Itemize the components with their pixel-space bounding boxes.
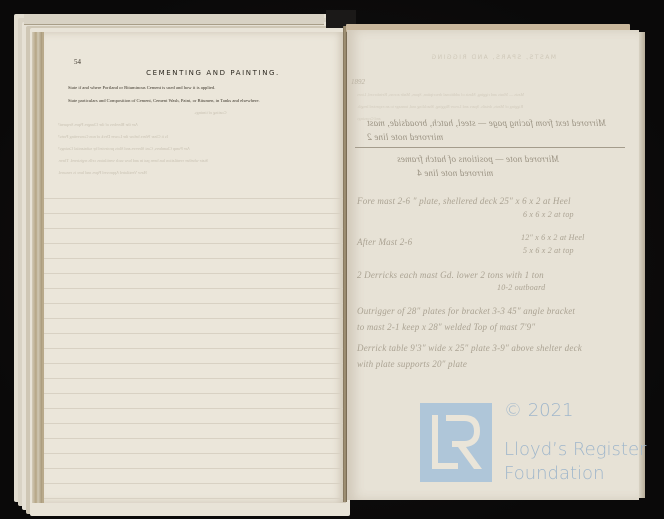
handwriting-bleed: Mirrored text from facing page — steel, … [367, 118, 606, 128]
handwriting-bleed: mirrored note line 4 [417, 168, 493, 178]
year-mark: 1892 [351, 78, 365, 86]
handwritten-entry: with plate supports 20″ plate [357, 359, 467, 369]
handwritten-entry: Outrigger of 28″ plates for bracket 3-3 … [357, 306, 575, 316]
page-title: CEMENTING AND PAINTING. [44, 69, 346, 77]
handwritten-entry: 2 Derricks each mast Gd. lower 2 tons wi… [357, 270, 544, 280]
page-header: MASTS, SPARS, AND RIGGING [347, 54, 639, 61]
bleed-through-text: Is it Clear Wiers below the Lower Deck o… [58, 134, 168, 139]
handwritten-entry: Fore mast 2-6 ″ plate, shellered deck 25… [357, 196, 571, 206]
bleed-through-text: State whether ventilation has been put i… [58, 158, 208, 163]
bleed-through-text: Rigging of Masts, details. Spars and Low… [357, 104, 523, 109]
handwriting-bleed: mirrored note line 2 [367, 132, 443, 142]
right-page: MASTS, SPARS, AND RIGGING 1892 Masts — M… [347, 30, 639, 500]
handwritten-entry: 5 x 6 x 2 at top [523, 246, 574, 255]
instruction-text: State if and where Portland or Bituminou… [68, 85, 215, 90]
left-page: 54 CEMENTING AND PAINTING. State if and … [42, 32, 346, 503]
handwritten-entry: Derrick table 9′3″ wide x 25″ plate 3-9″… [357, 343, 582, 353]
watermark-org-name: Lloyd’s Register [504, 439, 646, 460]
bleed-through-text: Masts — Masts and rigging, Masts of addi… [357, 92, 524, 97]
handwriting-bleed: Mirrored note — positions of hatch frame… [397, 154, 559, 164]
bleed-through-text: Are the Bleeders of the Charges Pipes Se… [58, 122, 138, 127]
handwritten-entry: to mast 2-1 keep x 28″ welded Top of mas… [357, 322, 535, 332]
handwritten-entry: 12″ x 6 x 2 at Heel [521, 233, 585, 242]
strike-line [355, 147, 625, 148]
handwritten-entry: 6 x 6 x 2 at top [523, 210, 574, 219]
page-number: 54 [74, 58, 81, 66]
watermark-copyright: © 2021 [504, 400, 574, 421]
ruled-lines [44, 184, 346, 503]
handwritten-entry: 10-2 outboard [497, 283, 545, 292]
scanned-ledger-spread: 54 CEMENTING AND PAINTING. State if and … [0, 0, 664, 519]
page-top-edge [24, 14, 324, 25]
watermark-org-name: Foundation [504, 463, 604, 484]
bleed-through-text: Coating of timings. [194, 110, 226, 115]
bleed-through-text: Have Ventilated Approved Pipes and how i… [58, 170, 147, 175]
lr-logo-icon [420, 403, 492, 482]
page-edge-right [639, 32, 645, 498]
bleed-through-text: Are Pump Chambers, Cast Sleeves and Slot… [58, 146, 190, 151]
instruction-text: State particulars and Composition of Cem… [68, 98, 260, 103]
handwritten-entry: After Mast 2-6 [357, 237, 412, 247]
